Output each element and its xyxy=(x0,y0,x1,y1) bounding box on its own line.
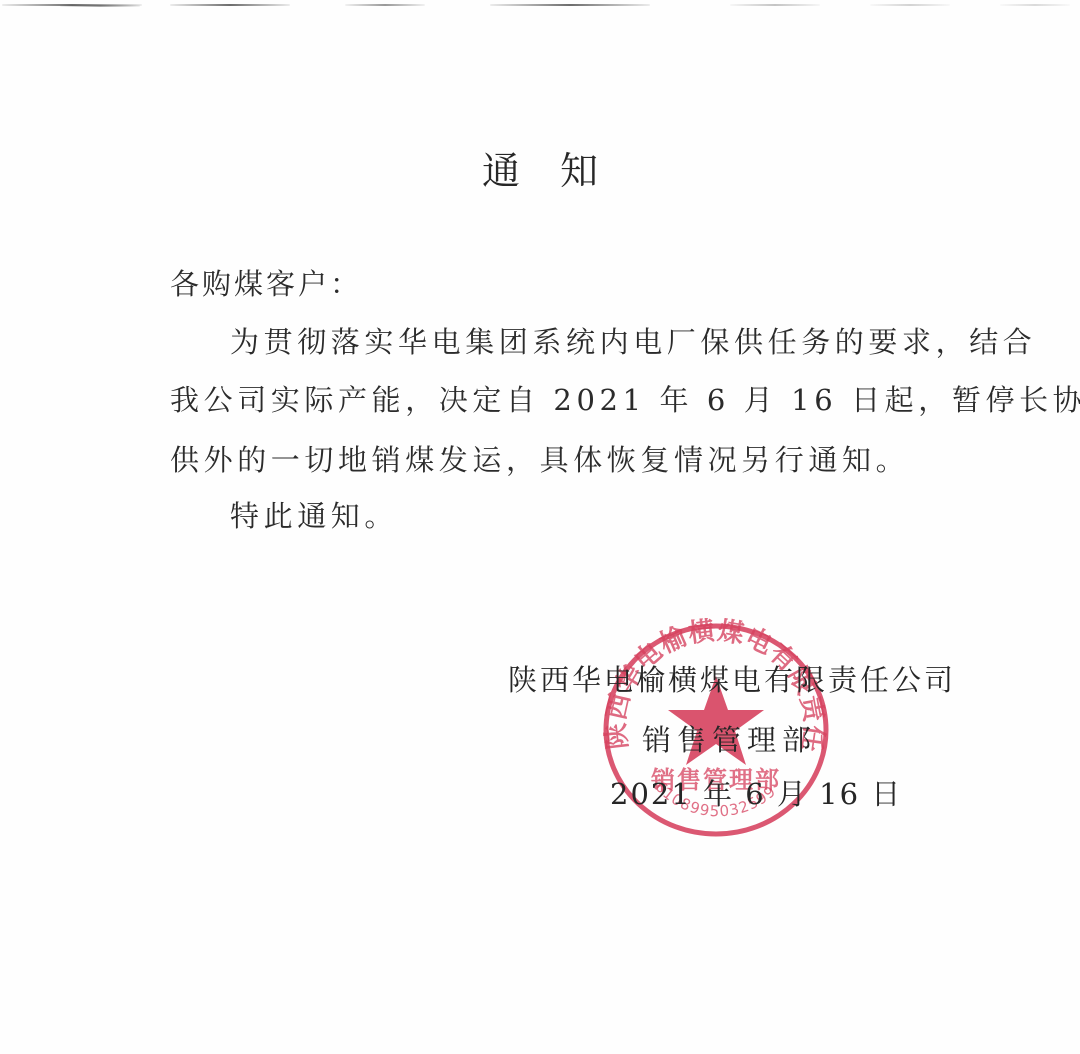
document-page: 通知 各购煤客户： 为贯彻落实华电集团系统内电厂保供任务的要求，结合 我公司实际… xyxy=(0,0,1080,1054)
salutation: 各购煤客户： xyxy=(170,262,362,303)
body-paragraph-line-2: 我公司实际产能，决定自 2021 年 6 月 16 日起，暂停长协直 xyxy=(170,378,1080,419)
closing-remark: 特此通知。 xyxy=(230,494,398,535)
body-paragraph-line-1: 为贯彻落实华电集团系统内电厂保供任务的要求，结合 xyxy=(230,320,1036,361)
document-title: 通知 xyxy=(0,140,1080,195)
signature-department: 销售管理部 xyxy=(642,718,817,759)
signature-company: 陕西华电榆横煤电有限责任公司 xyxy=(508,658,956,699)
body-paragraph-line-3: 供外的一切地销煤发运，具体恢复情况另行通知。 xyxy=(170,438,909,479)
scan-edge-shadow xyxy=(0,4,1080,7)
signature-date: 2021 年 6 月 16 日 xyxy=(610,772,902,813)
